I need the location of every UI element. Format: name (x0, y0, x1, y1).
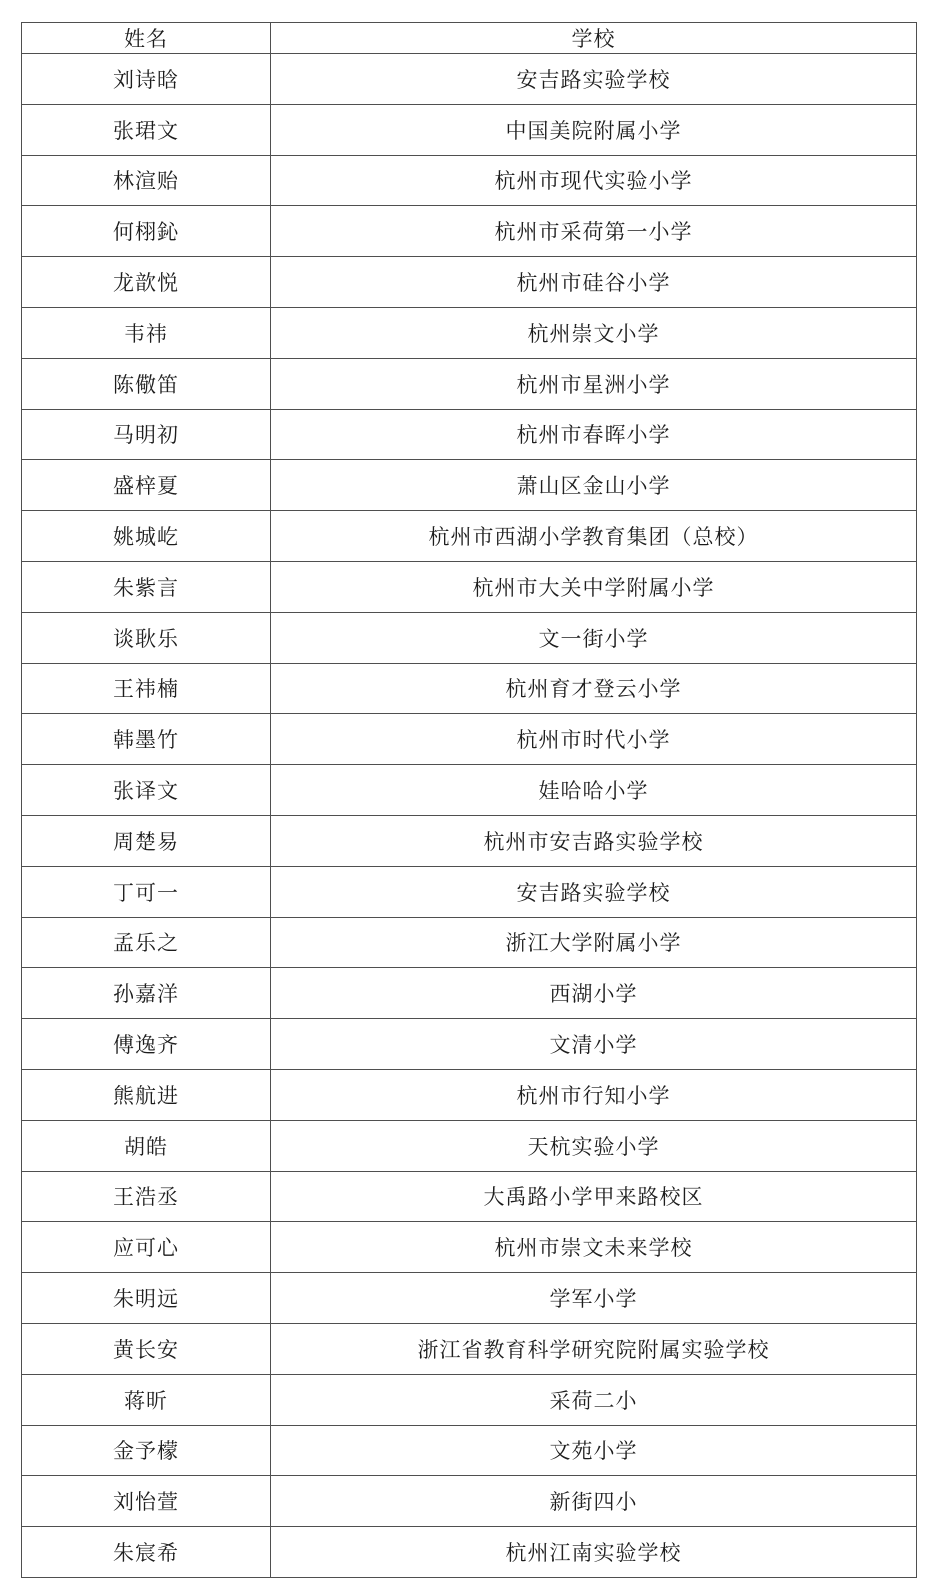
table-row: 王祎楠杭州育才登云小学 (22, 663, 917, 714)
school-cell: 杭州市西湖小学教育集团（总校） (271, 511, 917, 562)
student-name-cell: 应可心 (22, 1222, 271, 1273)
school-cell: 杭州市星洲小学 (271, 358, 917, 409)
school-cell: 西湖小学 (271, 968, 917, 1019)
student-name-cell: 姚城屹 (22, 511, 271, 562)
table-body: 刘诗晗安吉路实验学校张珺文中国美院附属小学林渲贻杭州市现代实验小学何栩鈊杭州市采… (22, 54, 917, 1578)
table-row: 黄长安浙江省教育科学研究院附属实验学校 (22, 1323, 917, 1374)
school-cell: 采荷二小 (271, 1374, 917, 1425)
table-row: 盛梓夏萧山区金山小学 (22, 460, 917, 511)
student-name-cell: 蒋昕 (22, 1374, 271, 1425)
school-cell: 娃哈哈小学 (271, 765, 917, 816)
student-name-cell: 马明初 (22, 409, 271, 460)
table-row: 何栩鈊杭州市采荷第一小学 (22, 206, 917, 257)
table-row: 谈耿乐文一街小学 (22, 612, 917, 663)
student-name-cell: 朱紫言 (22, 561, 271, 612)
student-name-cell: 刘怡萱 (22, 1476, 271, 1527)
table-row: 韩墨竹杭州市时代小学 (22, 714, 917, 765)
table-header: 姓名 学校 (22, 23, 917, 54)
table-row: 刘怡萱新街四小 (22, 1476, 917, 1527)
student-name-cell: 盛梓夏 (22, 460, 271, 511)
student-name-cell: 孙嘉洋 (22, 968, 271, 1019)
student-name-cell: 林渲贻 (22, 155, 271, 206)
student-name-cell: 张珺文 (22, 104, 271, 155)
school-cell: 中国美院附属小学 (271, 104, 917, 155)
student-name-cell: 黄长安 (22, 1323, 271, 1374)
table-row: 朱紫言杭州市大关中学附属小学 (22, 561, 917, 612)
student-name-cell: 陈儆笛 (22, 358, 271, 409)
school-cell: 杭州崇文小学 (271, 307, 917, 358)
school-cell: 萧山区金山小学 (271, 460, 917, 511)
table-row: 金予檬文苑小学 (22, 1425, 917, 1476)
school-cell: 文清小学 (271, 1019, 917, 1070)
school-cell: 杭州江南实验学校 (271, 1527, 917, 1578)
table-row: 孙嘉洋西湖小学 (22, 968, 917, 1019)
student-name-cell: 周楚易 (22, 815, 271, 866)
table-row: 韦祎杭州崇文小学 (22, 307, 917, 358)
student-name-cell: 韦祎 (22, 307, 271, 358)
student-name-cell: 谈耿乐 (22, 612, 271, 663)
student-name-cell: 胡皓 (22, 1120, 271, 1171)
table-row: 刘诗晗安吉路实验学校 (22, 54, 917, 105)
school-cell: 安吉路实验学校 (271, 866, 917, 917)
student-name-cell: 王浩丞 (22, 1171, 271, 1222)
student-name-cell: 龙歆悦 (22, 257, 271, 308)
student-name-cell: 张译文 (22, 765, 271, 816)
student-name-cell: 韩墨竹 (22, 714, 271, 765)
column-header-name: 姓名 (22, 23, 271, 54)
table-row: 孟乐之浙江大学附属小学 (22, 917, 917, 968)
table-row: 胡皓天杭实验小学 (22, 1120, 917, 1171)
school-cell: 浙江大学附属小学 (271, 917, 917, 968)
school-cell: 杭州市采荷第一小学 (271, 206, 917, 257)
student-name-cell: 金予檬 (22, 1425, 271, 1476)
student-name-cell: 朱明远 (22, 1273, 271, 1324)
school-cell: 文苑小学 (271, 1425, 917, 1476)
table-row: 应可心杭州市崇文未来学校 (22, 1222, 917, 1273)
table-row: 马明初杭州市春晖小学 (22, 409, 917, 460)
table-row: 蒋昕采荷二小 (22, 1374, 917, 1425)
school-cell: 杭州市行知小学 (271, 1069, 917, 1120)
table-row: 周楚易杭州市安吉路实验学校 (22, 815, 917, 866)
student-name-cell: 刘诗晗 (22, 54, 271, 105)
student-name-cell: 王祎楠 (22, 663, 271, 714)
school-cell: 大禹路小学甲来路校区 (271, 1171, 917, 1222)
school-cell: 杭州市崇文未来学校 (271, 1222, 917, 1273)
student-name-cell: 朱宸希 (22, 1527, 271, 1578)
table-row: 朱明远学军小学 (22, 1273, 917, 1324)
school-cell: 安吉路实验学校 (271, 54, 917, 105)
table-row: 陈儆笛杭州市星洲小学 (22, 358, 917, 409)
student-school-table: 姓名 学校 刘诗晗安吉路实验学校张珺文中国美院附属小学林渲贻杭州市现代实验小学何… (21, 22, 917, 1578)
table-row: 林渲贻杭州市现代实验小学 (22, 155, 917, 206)
table-row: 朱宸希杭州江南实验学校 (22, 1527, 917, 1578)
school-cell: 文一街小学 (271, 612, 917, 663)
table-row: 龙歆悦杭州市硅谷小学 (22, 257, 917, 308)
column-header-school: 学校 (271, 23, 917, 54)
student-name-cell: 孟乐之 (22, 917, 271, 968)
student-name-cell: 何栩鈊 (22, 206, 271, 257)
school-cell: 天杭实验小学 (271, 1120, 917, 1171)
table-row: 姚城屹杭州市西湖小学教育集团（总校） (22, 511, 917, 562)
student-name-cell: 傅逸齐 (22, 1019, 271, 1070)
table-row: 丁可一安吉路实验学校 (22, 866, 917, 917)
school-cell: 杭州市现代实验小学 (271, 155, 917, 206)
school-cell: 杭州育才登云小学 (271, 663, 917, 714)
table-row: 张译文娃哈哈小学 (22, 765, 917, 816)
school-cell: 新街四小 (271, 1476, 917, 1527)
student-name-cell: 丁可一 (22, 866, 271, 917)
school-cell: 杭州市春晖小学 (271, 409, 917, 460)
table-row: 王浩丞大禹路小学甲来路校区 (22, 1171, 917, 1222)
header-row: 姓名 学校 (22, 23, 917, 54)
school-cell: 杭州市时代小学 (271, 714, 917, 765)
table-row: 傅逸齐文清小学 (22, 1019, 917, 1070)
school-cell: 杭州市硅谷小学 (271, 257, 917, 308)
school-cell: 杭州市安吉路实验学校 (271, 815, 917, 866)
school-cell: 学军小学 (271, 1273, 917, 1324)
table-row: 张珺文中国美院附属小学 (22, 104, 917, 155)
table-row: 熊航进杭州市行知小学 (22, 1069, 917, 1120)
school-cell: 杭州市大关中学附属小学 (271, 561, 917, 612)
student-name-cell: 熊航进 (22, 1069, 271, 1120)
school-cell: 浙江省教育科学研究院附属实验学校 (271, 1323, 917, 1374)
